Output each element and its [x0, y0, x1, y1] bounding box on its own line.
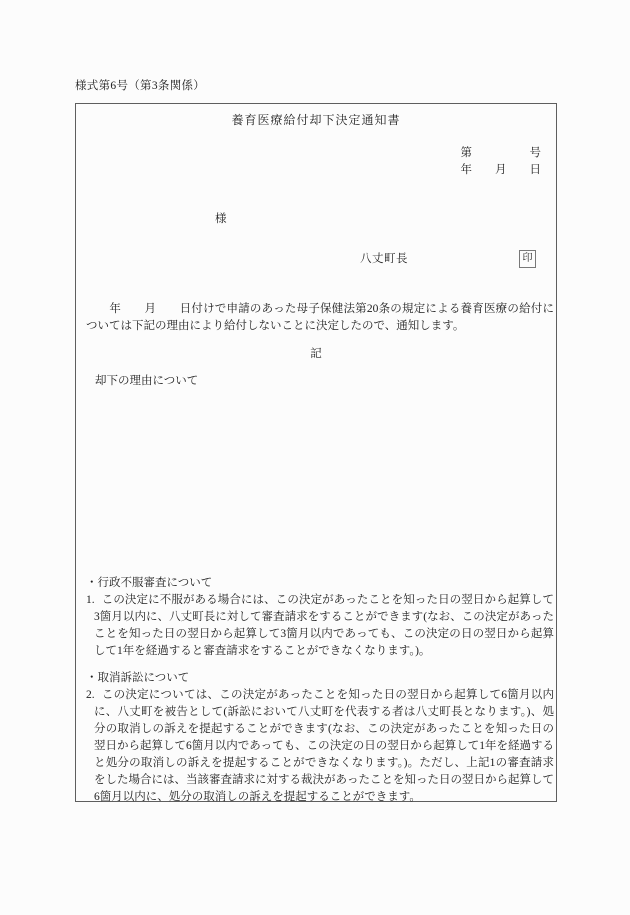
- rejection-reason-heading: 却下の理由について: [95, 373, 198, 390]
- note-item-1: 1.この決定に不服がある場合には、この決定があったことを知った日の翌日から起算し…: [86, 592, 554, 660]
- doc-number-field: 第 号: [461, 145, 542, 162]
- note-number: 1.: [86, 594, 102, 606]
- note-number: 2.: [86, 689, 102, 701]
- form-number-label: 様式第6号（第3条関係）: [75, 78, 205, 95]
- notice-form-box: 養育医療給付却下決定通知書 第 号 年 月 日 様 八丈町長 印 年 月 日付け…: [75, 103, 557, 802]
- note-text: この決定に不服がある場合には、この決定があったことを知った日の翌日から起算して3…: [94, 594, 554, 657]
- issuer-name: 八丈町長: [360, 251, 408, 268]
- issue-date-field: 年 月 日: [461, 162, 542, 179]
- note-heading-administrative-review: ・行政不服審査について: [86, 575, 554, 592]
- note-text: この決定については、この決定があったことを知った日の翌日から起算して6箇月以内に…: [94, 689, 554, 803]
- note-heading-revocation-suit: ・取消訴訟について: [86, 670, 554, 687]
- note-item-2: 2.この決定については、この決定があったことを知った日の翌日から起算して6箇月以…: [86, 687, 554, 806]
- record-marker: 記: [76, 346, 556, 363]
- official-seal-icon: 印: [519, 250, 536, 268]
- appeal-notes-section: ・行政不服審査について 1.この決定に不服がある場合には、この決定があったことを…: [86, 575, 554, 806]
- document-page: 様式第6号（第3条関係） 養育医療給付却下決定通知書 第 号 年 月 日 様 八…: [0, 0, 630, 915]
- body-paragraph: 年 月 日付けで申請のあった母子保健法第20条の規定による養育医療の給付について…: [86, 301, 554, 335]
- addressee-suffix: 様: [215, 211, 227, 228]
- document-title: 養育医療給付却下決定通知書: [76, 112, 556, 129]
